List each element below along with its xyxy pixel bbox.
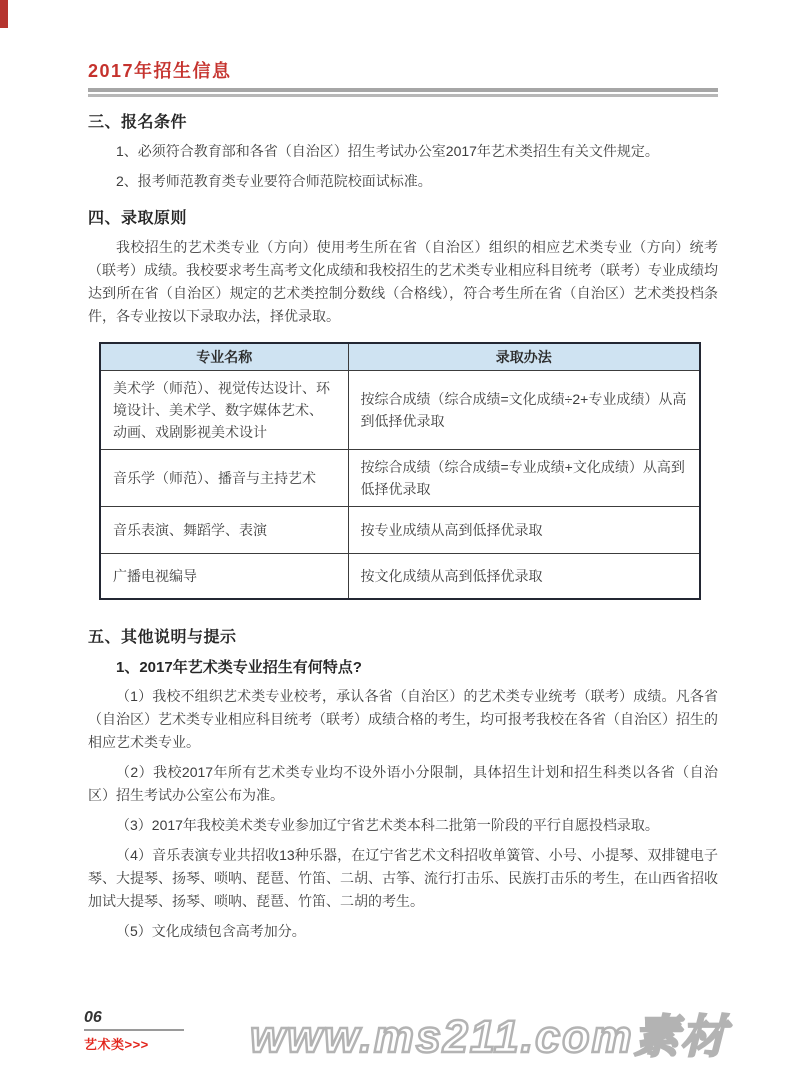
note-paragraph-5: （5）文化成绩包含高考加分。 — [88, 920, 718, 943]
note-paragraph-2: （2）我校2017年所有艺术类专业均不设外语小分限制，具体招生计划和招生科类以各… — [88, 761, 718, 807]
admission-rules-table: 专业名称 录取办法 美术学（师范）、视觉传达设计、环境设计、美术学、数字媒体艺术… — [99, 342, 701, 600]
note-paragraph-3: （3）2017年我校美术类专业参加辽宁省艺术类本科二批第一阶段的平行自愿投档录取… — [88, 814, 718, 837]
title-divider — [88, 88, 718, 97]
major-cell: 广播电视编导 — [100, 554, 348, 600]
application-requirement-item-2: 2、报考师范教育类专业要符合师范院校面试标准。 — [88, 170, 718, 193]
section-heading-application-requirements: 三、报名条件 — [88, 113, 718, 133]
column-header-major-name: 专业名称 — [100, 343, 348, 371]
section-heading-admission-principles: 四、录取原则 — [88, 209, 718, 229]
watermark-text: www.ms211.com素材 — [250, 1000, 770, 1065]
document-page: 2017年招生信息 三、报名条件 1、必须符合教育部和各省（自治区）招生考试办公… — [0, 0, 800, 1086]
column-header-admission-method: 录取办法 — [348, 343, 700, 371]
method-cell: 按综合成绩（综合成绩=专业成绩+文化成绩）从高到低择优录取 — [348, 450, 700, 507]
note-paragraph-1: （1）我校不组织艺术类专业校考，承认各省（自治区）的艺术类专业统考（联考）成绩。… — [88, 685, 718, 754]
major-cell: 音乐表演、舞蹈学、表演 — [100, 507, 348, 554]
other-notes-subheading: 1、2017年艺术类专业招生有何特点? — [88, 658, 718, 678]
method-cell: 按文化成绩从高到低择优录取 — [348, 554, 700, 600]
table-row: 音乐表演、舞蹈学、表演 按专业成绩从高到低择优录取 — [100, 507, 700, 554]
application-requirement-item-1: 1、必须符合教育部和各省（自治区）招生考试办公室2017年艺术类招生有关文件规定… — [88, 140, 718, 163]
major-cell: 音乐学（师范）、播音与主持艺术 — [100, 450, 348, 507]
page-title: 2017年招生信息 — [88, 60, 718, 82]
section-heading-other-notes: 五、其他说明与提示 — [88, 628, 718, 648]
admission-principles-paragraph: 我校招生的艺术类专业（方向）使用考生所在省（自治区）组织的相应艺术类专业（方向）… — [88, 236, 718, 328]
table-header-row: 专业名称 录取办法 — [100, 343, 700, 371]
table-row: 音乐学（师范）、播音与主持艺术 按综合成绩（综合成绩=专业成绩+文化成绩）从高到… — [100, 450, 700, 507]
corner-red-mark — [0, 0, 8, 28]
divider-bar-bottom — [88, 94, 718, 97]
note-paragraph-4: （4）音乐表演专业共招收13种乐器，在辽宁省艺术文科招收单簧管、小号、小提琴、双… — [88, 844, 718, 913]
page-content: 2017年招生信息 三、报名条件 1、必须符合教育部和各省（自治区）招生考试办公… — [88, 60, 718, 943]
footer-divider — [84, 1029, 184, 1031]
footer-category-label: 艺术类>>> — [84, 1034, 184, 1053]
page-footer: 06 艺术类>>> — [84, 1010, 184, 1053]
method-cell: 按专业成绩从高到低择优录取 — [348, 507, 700, 554]
table-row: 广播电视编导 按文化成绩从高到低择优录取 — [100, 554, 700, 600]
page-number: 06 — [84, 1010, 184, 1026]
major-cell: 美术学（师范）、视觉传达设计、环境设计、美术学、数字媒体艺术、动画、戏剧影视美术… — [100, 371, 348, 450]
table-row: 美术学（师范）、视觉传达设计、环境设计、美术学、数字媒体艺术、动画、戏剧影视美术… — [100, 371, 700, 450]
method-cell: 按综合成绩（综合成绩=文化成绩÷2+专业成绩）从高到低择优录取 — [348, 371, 700, 450]
